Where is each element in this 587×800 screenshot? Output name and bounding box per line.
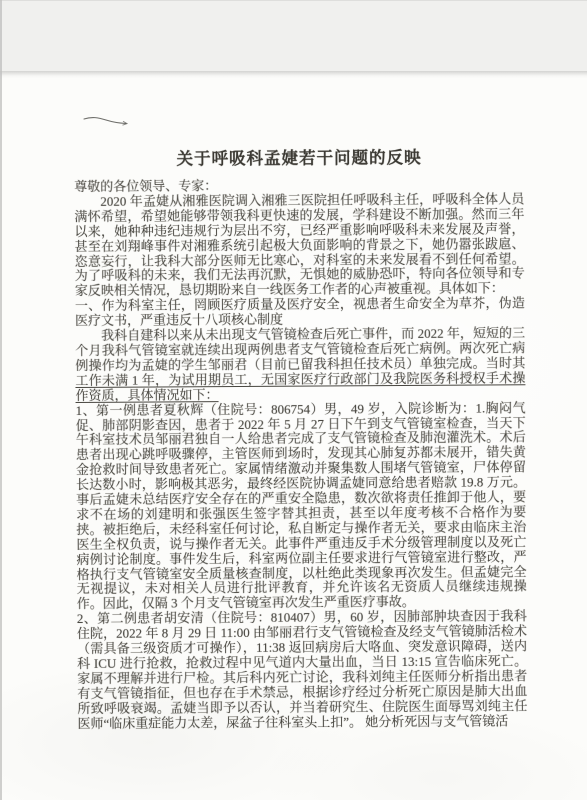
- section1-heading: 一、作为科室主任，罔顾医疗质量及医疗安全，视患者生命安全为草芥，伪造医疗文书，严…: [75, 296, 525, 329]
- case1-paragraph: 1、第一例患者夏秋辉（住院号：806754）男，49 岁，入院诊断为：1.胸闷气…: [76, 401, 527, 612]
- scanned-document-photo: 关于呼吸科孟婕若干问题的反映 尊敬的各位领导、专家： 2020 年孟婕从湘雅医院…: [0, 0, 587, 800]
- document-title: 关于呼吸科孟婕若干问题的反映: [74, 146, 524, 171]
- section1-lead-paragraph: 我科自建科以来从未出现支气管镜检查后死亡事件，而 2022 年，短短的三个月我科…: [75, 326, 525, 403]
- document-body: 关于呼吸科孟婕若干问题的反映 尊敬的各位领导、专家： 2020 年孟婕从湘雅医院…: [74, 146, 528, 731]
- intro-paragraph: 2020 年孟婕从湘雅医院调入湘雅三医院担任呼吸科主任，呼吸科全体人员满怀希望，…: [74, 192, 525, 299]
- case2-paragraph: 2、第二例患者胡安清（住院号：810407）男，60 岁，因肺部肿块查因于我科住…: [77, 610, 528, 732]
- pen-mark: [82, 113, 128, 131]
- section1-lead-underlined-text: 工作未满 1 年，为试用期员工，无国家医疗行政部门及我院医务科授权手术操作资质，…: [75, 370, 525, 403]
- section1-lead-normal-text: 我科自建科以来从未出现支气管镜检查后死亡事件，而 2022 年，短短的三个月我科…: [75, 325, 525, 373]
- photo-top-margin: [0, 0, 587, 71]
